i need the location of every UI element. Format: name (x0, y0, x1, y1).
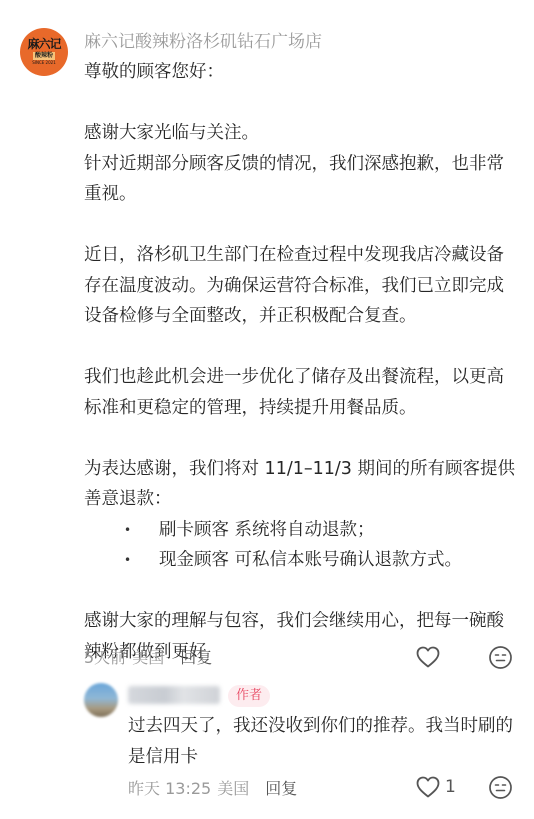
reply-button[interactable]: 回复 (265, 776, 297, 799)
reply-meta: 昨天 13:25 美国 回复 (128, 776, 297, 799)
post-paragraph: 近日，洛杉矶卫生部门在检查过程中发现我店冷藏设备存在温度波动。为确保运营符合标准… (84, 240, 520, 332)
post-time: 5天前 (84, 645, 126, 668)
reply-location: 美国 (217, 776, 249, 799)
reply-like-button[interactable]: 1 (415, 775, 456, 799)
post-body: 尊敬的顾客您好： 感谢大家光临与关注。 针对近期部分顾客反馈的情况，我们深感抱歉… (84, 57, 520, 667)
store-logo-text: 麻六记 (27, 38, 60, 51)
like-button[interactable] (415, 645, 441, 669)
post-paragraph: 为表达感谢，我们将对 11/1–11/3 期间的所有顾客提供善意退款： (84, 454, 520, 515)
store-logo-tagline: SINCE 2021 (32, 60, 55, 66)
author-badge: 作者 (228, 685, 270, 707)
neutral-face-icon (488, 775, 513, 800)
refund-list-item: 现金顾客 可私信本账号确认退款方式。 (84, 545, 520, 576)
post-meta: 5天前 美国 回复 (84, 645, 212, 668)
post-paragraph: 针对近期部分顾客反馈的情况，我们深感抱歉，也非常重视。 (84, 149, 520, 210)
refund-list-item: 刷卡顾客 系统将自动退款； (84, 515, 520, 546)
reply-button[interactable]: 回复 (180, 645, 212, 668)
reply-text: 过去四天了，我还没收到你们的推荐。我当时刷的是信用卡 (128, 711, 520, 772)
reply-user-avatar[interactable] (84, 683, 118, 717)
store-avatar[interactable]: 麻六记 酸辣粉 SINCE 2021 (20, 28, 68, 76)
reply-dislike-button[interactable] (488, 775, 513, 800)
like-count: 1 (445, 777, 456, 797)
store-name[interactable]: 麻六记酸辣粉洛杉矶钻石广场店 (84, 30, 322, 54)
store-logo-subtext: 酸辣粉 (33, 52, 55, 60)
post-paragraph: 感谢大家光临与关注。 (84, 118, 520, 149)
post-location: 美国 (132, 645, 164, 668)
reply-username-blurred[interactable] (128, 686, 220, 704)
reply-time: 昨天 13:25 (128, 776, 211, 799)
heart-outline-icon (415, 775, 441, 799)
post-greeting: 尊敬的顾客您好： (84, 57, 520, 88)
refund-list: 刷卡顾客 系统将自动退款； 现金顾客 可私信本账号确认退款方式。 (84, 515, 520, 576)
dislike-button[interactable] (488, 645, 513, 670)
neutral-face-icon (488, 645, 513, 670)
post-paragraph: 我们也趁此机会进一步优化了储存及出餐流程，以更高标准和更稳定的管理，持续提升用餐… (84, 362, 520, 423)
heart-outline-icon (415, 645, 441, 669)
